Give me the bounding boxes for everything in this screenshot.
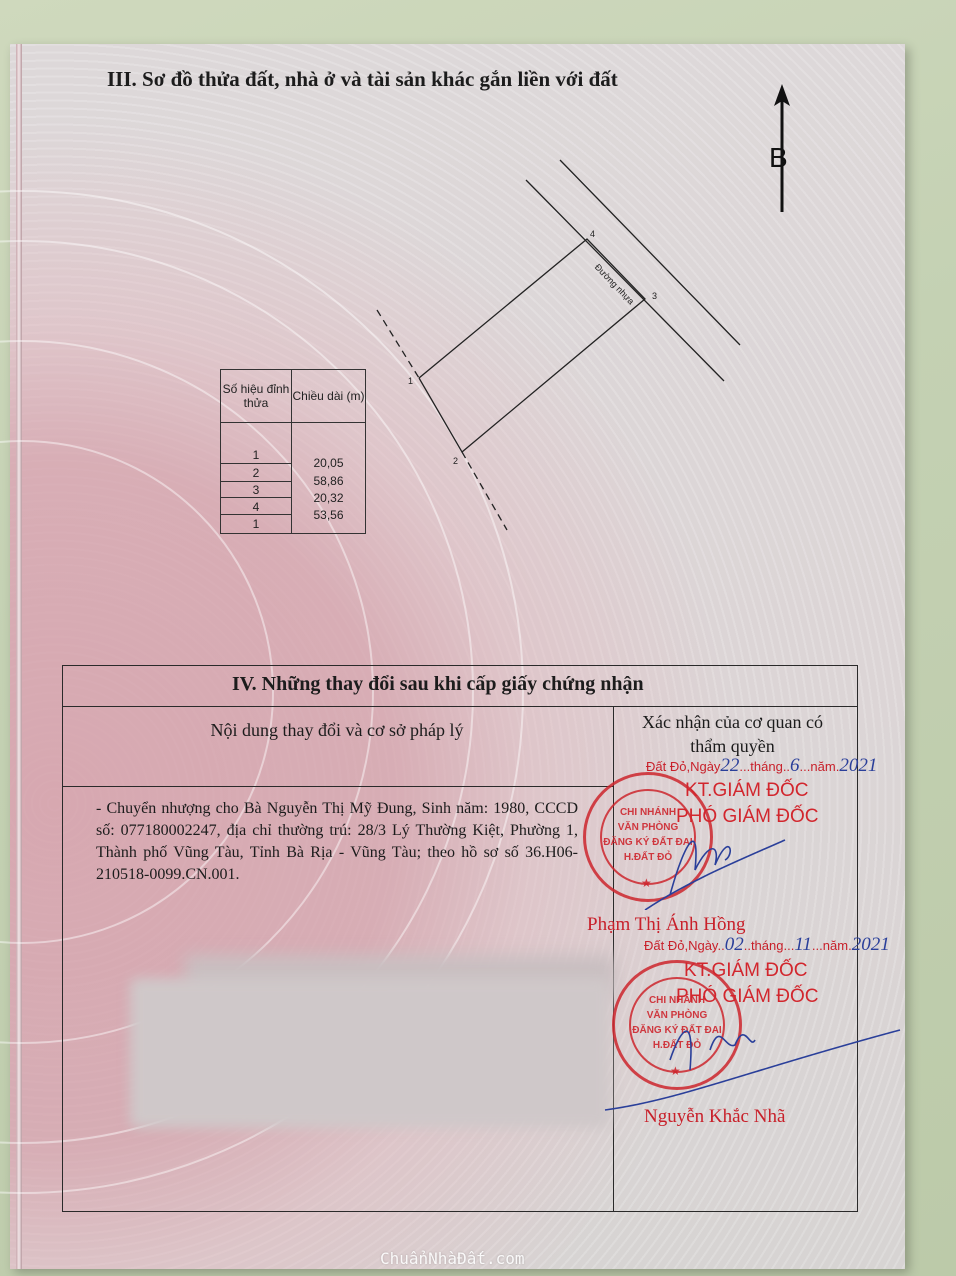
section-4-title: IV. Những thay đổi sau khi cấp giấy chứn… — [232, 673, 644, 696]
vertex-label-1: 1 — [408, 376, 413, 386]
approval-date-1: Đất Đỏ,Ngày22...tháng..6...năm.2021 — [646, 755, 877, 777]
vertex-cell: 3 — [221, 482, 291, 498]
vertex-column: 1 2 3 4 1 — [221, 423, 291, 533]
vertex-cell: 1 — [221, 447, 291, 463]
length-cell: 20,32 — [292, 490, 365, 506]
length-cell: 58,86 — [292, 473, 365, 489]
approval-column-header: Xác nhận của cơ quan có thẩm quyền — [625, 710, 840, 758]
edge-length-table: Số hiệu đỉnh thửa Chiều dài (m) 1 2 3 4 … — [220, 369, 366, 534]
vertex-label-3: 3 — [652, 291, 657, 301]
watermark: ChuẩnNhàĐất.com — [380, 1249, 525, 1268]
table-header-vertex: Số hiệu đỉnh thửa — [221, 370, 292, 423]
signer-title-2a: KT.GIÁM ĐỐC — [684, 960, 808, 982]
table-header-length: Chiều dài (m) — [292, 370, 366, 423]
vertex-cell: 4 — [221, 499, 291, 515]
signer-name-1: Phạm Thị Ánh Hồng — [587, 914, 746, 936]
signer-name-2: Nguyễn Khắc Nhã — [644, 1106, 785, 1128]
approval-date-2: Đất Đỏ,Ngày..02..tháng...11...năm.2021 — [644, 934, 890, 956]
signature-1 — [640, 800, 790, 910]
signer-title-1a: KT.GIÁM ĐỐC — [685, 780, 809, 802]
vertex-label-4: 4 — [590, 229, 595, 239]
content-column-header: Nội dung thay đổi và cơ sở pháp lý — [62, 720, 612, 741]
length-cell: 20,05 — [292, 455, 365, 471]
vertex-cell: 2 — [221, 465, 291, 481]
vertex-label-2: 2 — [453, 456, 458, 466]
redacted-entry-2 — [130, 978, 610, 1128]
vertex-cell: 1 — [221, 516, 291, 532]
length-cell: 53,56 — [292, 507, 365, 523]
length-column: 20,05 58,86 20,32 53,56 — [292, 423, 365, 533]
change-entry-1: - Chuyển nhượng cho Bà Nguyễn Thị Mỹ Đun… — [96, 798, 578, 886]
